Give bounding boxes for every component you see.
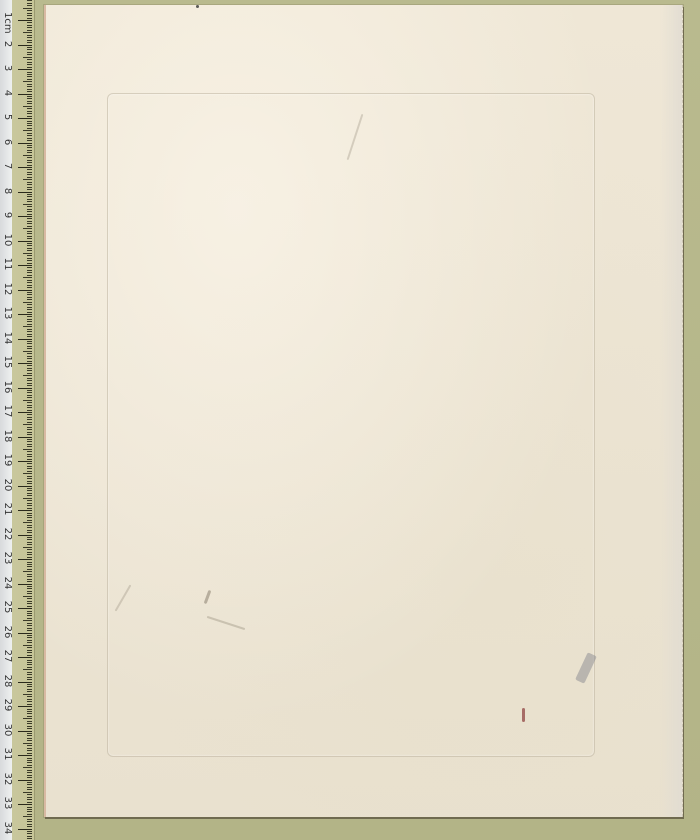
ruler-tick	[27, 662, 32, 663]
ruler-label: 11	[2, 257, 12, 271]
ruler-tick	[23, 816, 32, 817]
ruler-tick	[23, 277, 32, 278]
ruler-tick	[27, 307, 32, 308]
ruler-tick	[27, 353, 32, 354]
ruler-label: 28	[2, 674, 12, 688]
ruler-tick	[27, 824, 32, 825]
ruler-tick	[27, 618, 32, 619]
ruler-tick	[27, 263, 32, 264]
ruler-tick	[18, 167, 32, 168]
ruler-tick	[27, 321, 32, 322]
ruler-tick	[27, 505, 32, 506]
ruler-tick	[27, 74, 32, 75]
ruler-tick	[27, 652, 32, 653]
ruler-tick	[27, 392, 32, 393]
ruler-tick	[27, 775, 32, 776]
ruler-tick	[27, 762, 32, 763]
ruler-tick	[27, 385, 32, 386]
ruler-tick	[27, 679, 32, 680]
ruler-tick	[27, 664, 32, 665]
ruler-label: 20	[2, 478, 12, 492]
ruler-tick	[27, 270, 32, 271]
ruler-tick	[18, 804, 32, 805]
ruler-tick	[27, 569, 32, 570]
deckle-edge	[660, 5, 683, 817]
ruler-tick	[27, 196, 32, 197]
ruler-tick	[27, 826, 32, 827]
ruler-tick	[23, 694, 32, 695]
ruler-tick	[27, 495, 32, 496]
ruler-tick	[27, 709, 32, 710]
ruler-tick	[23, 130, 32, 131]
ruler-tick	[27, 753, 32, 754]
ruler-tick	[27, 373, 32, 374]
ruler-tick	[27, 471, 32, 472]
ruler-tick	[27, 62, 32, 63]
ruler-tick	[27, 740, 32, 741]
ruler-tick	[27, 615, 32, 616]
ruler-tick	[27, 27, 32, 28]
ruler-tick	[27, 819, 32, 820]
ruler-tick	[27, 187, 32, 188]
ruler-tick	[23, 57, 32, 58]
ruler-label: 5	[2, 110, 12, 124]
ruler-tick	[27, 574, 32, 575]
dust-spot	[196, 5, 199, 8]
ruler-tick	[27, 86, 32, 87]
ruler-tick	[27, 199, 32, 200]
ruler-tick	[23, 669, 32, 670]
ruler-tick	[27, 772, 32, 773]
ruler-tick	[27, 454, 32, 455]
ruler-tick	[27, 84, 32, 85]
ruler-tick	[27, 686, 32, 687]
ruler-tick	[27, 463, 32, 464]
ruler-tick	[23, 106, 32, 107]
foxing-spot	[522, 708, 525, 722]
ruler-tick	[18, 559, 32, 560]
ruler-tick	[27, 466, 32, 467]
ruler-tick	[27, 3, 32, 4]
ruler-tick	[27, 255, 32, 256]
ruler-tick	[27, 552, 32, 553]
ruler-tick	[27, 147, 32, 148]
ruler-tick	[27, 833, 32, 834]
ruler-tick	[18, 755, 32, 756]
ruler-tick	[27, 64, 32, 65]
ruler-tick	[27, 348, 32, 349]
ruler-tick	[27, 674, 32, 675]
ruler-tick	[27, 49, 32, 50]
ruler-tick	[27, 432, 32, 433]
paper-sheet	[44, 5, 683, 817]
ruler-tick	[27, 162, 32, 163]
ruler-tick	[27, 483, 32, 484]
ruler-tick	[27, 476, 32, 477]
ruler-tick	[27, 508, 32, 509]
ruler-tick	[27, 429, 32, 430]
ruler-tick	[27, 98, 32, 99]
ruler-tick	[27, 427, 32, 428]
ruler-tick	[18, 69, 32, 70]
ruler-label: 33	[2, 796, 12, 810]
ruler-tick	[27, 733, 32, 734]
ruler-tick	[27, 160, 32, 161]
ruler-tick	[27, 121, 32, 122]
ruler-tick	[27, 380, 32, 381]
ruler-tick	[27, 777, 32, 778]
ruler-tick	[27, 358, 32, 359]
ruler-tick	[27, 324, 32, 325]
ruler-tick	[27, 503, 32, 504]
ruler-tick	[27, 481, 32, 482]
ruler-tick	[27, 537, 32, 538]
ruler-tick	[27, 343, 32, 344]
ruler-tick	[27, 275, 32, 276]
ruler-tick	[27, 407, 32, 408]
ruler-label: 34	[2, 821, 12, 835]
ruler-tick	[27, 236, 32, 237]
ruler-tick	[27, 356, 32, 357]
ruler-tick	[27, 566, 32, 567]
ruler-tick	[27, 696, 32, 697]
ruler-tick	[27, 383, 32, 384]
ruler-tick	[27, 821, 32, 822]
ruler-tick	[23, 645, 32, 646]
ruler-tick	[27, 67, 32, 68]
ruler-tick	[23, 253, 32, 254]
ruler-tick	[27, 760, 32, 761]
ruler-tick	[27, 365, 32, 366]
plate-mark	[107, 93, 595, 757]
ruler-tick	[27, 625, 32, 626]
ruler-tick	[27, 451, 32, 452]
ruler-tick	[27, 135, 32, 136]
ruler-tick	[27, 745, 32, 746]
ruler-label: 2	[2, 37, 12, 51]
ruler-label: 14	[2, 331, 12, 345]
ruler-tick	[27, 125, 32, 126]
ruler-tick	[27, 691, 32, 692]
ruler-tick	[27, 145, 32, 146]
ruler-label: 10	[2, 233, 12, 247]
ruler-tick	[27, 794, 32, 795]
ruler-tick	[27, 684, 32, 685]
ruler-tick	[27, 515, 32, 516]
ruler-tick	[27, 312, 32, 313]
ruler-tick	[27, 838, 32, 839]
ruler-tick	[27, 42, 32, 43]
ruler-tick	[18, 94, 32, 95]
ruler-tick	[27, 588, 32, 589]
ruler-tick	[23, 204, 32, 205]
ruler-tick	[27, 341, 32, 342]
ruler-tick	[23, 522, 32, 523]
ruler-tick	[18, 706, 32, 707]
ruler-tick	[27, 650, 32, 651]
ruler-tick	[23, 767, 32, 768]
ruler-tick	[27, 361, 32, 362]
ruler-tick	[27, 59, 32, 60]
ruler-tick	[18, 45, 32, 46]
ruler-tick	[27, 280, 32, 281]
ruler-tick	[27, 603, 32, 604]
ruler-tick	[27, 177, 32, 178]
ruler-tick	[27, 111, 32, 112]
ruler-tick	[27, 267, 32, 268]
ruler-label: 22	[2, 527, 12, 541]
ruler-tick	[27, 172, 32, 173]
ruler-tick	[27, 231, 32, 232]
ruler-tick	[27, 579, 32, 580]
ruler-tick	[27, 716, 32, 717]
ruler-label: 30	[2, 723, 12, 737]
ruler-label: 17	[2, 404, 12, 418]
ruler-tick	[27, 765, 32, 766]
ruler-tick	[27, 586, 32, 587]
ruler-tick	[27, 478, 32, 479]
ruler-label: 1cm	[2, 12, 12, 26]
ruler-tick	[27, 103, 32, 104]
ruler-tick	[27, 91, 32, 92]
ruler-tick	[27, 150, 32, 151]
ruler-tick	[27, 194, 32, 195]
ruler-tick	[27, 37, 32, 38]
ruler-tick	[27, 182, 32, 183]
ruler-tick	[27, 831, 32, 832]
ruler-tick	[18, 241, 32, 242]
ruler-tick	[27, 544, 32, 545]
ruler-tick	[27, 319, 32, 320]
ruler-label: 32	[2, 772, 12, 786]
ruler-label: 12	[2, 282, 12, 296]
ruler-tick	[27, 642, 32, 643]
ruler-tick	[27, 439, 32, 440]
ruler-tick	[23, 375, 32, 376]
ruler-tick	[18, 216, 32, 217]
ruler-tick	[27, 811, 32, 812]
ruler-tick	[27, 598, 32, 599]
ruler-tick	[27, 116, 32, 117]
ruler-tick	[23, 718, 32, 719]
ruler-tick	[27, 35, 32, 36]
ruler-tick	[27, 628, 32, 629]
ruler-tick	[18, 461, 32, 462]
ruler-tick	[27, 500, 32, 501]
ruler-tick	[27, 417, 32, 418]
ruler-tick	[23, 228, 32, 229]
ruler-tick	[27, 22, 32, 23]
ruler-tick	[27, 758, 32, 759]
ruler-tick	[23, 424, 32, 425]
ruler-tick	[27, 272, 32, 273]
ruler-tick	[27, 564, 32, 565]
ruler-tick	[27, 414, 32, 415]
ruler-tick	[18, 535, 32, 536]
ruler-tick	[27, 397, 32, 398]
ruler-tick	[27, 549, 32, 550]
ruler-tick	[27, 140, 32, 141]
ruler-label: 24	[2, 576, 12, 590]
ruler-tick	[27, 201, 32, 202]
ruler-tick	[27, 468, 32, 469]
ruler-label: 4	[2, 86, 12, 100]
ruler-tick	[27, 316, 32, 317]
ruler-tick	[27, 701, 32, 702]
ruler-tick	[27, 214, 32, 215]
ruler-tick	[27, 206, 32, 207]
ruler-tick	[27, 209, 32, 210]
ruler-tick	[27, 52, 32, 53]
ruler-label: 13	[2, 306, 12, 320]
ruler-tick	[27, 184, 32, 185]
ruler-tick	[27, 169, 32, 170]
ruler-tick	[27, 630, 32, 631]
ruler-tick	[27, 292, 32, 293]
ruler-tick	[27, 640, 32, 641]
ruler-tick	[27, 410, 32, 411]
ruler-tick	[18, 192, 32, 193]
ruler-tick	[27, 660, 32, 661]
ruler-tick	[27, 554, 32, 555]
ruler-tick	[23, 400, 32, 401]
ruler-tick	[27, 157, 32, 158]
ruler-tick	[27, 677, 32, 678]
ruler-tick	[18, 265, 32, 266]
ruler-tick	[27, 750, 32, 751]
ruler-tick	[27, 635, 32, 636]
ruler-tick	[18, 608, 32, 609]
ruler-label: 15	[2, 355, 12, 369]
ruler-tick	[23, 81, 32, 82]
ruler-tick	[27, 334, 32, 335]
ruler-tick	[27, 96, 32, 97]
ruler-tick	[18, 412, 32, 413]
ruler-tick	[27, 562, 32, 563]
ruler-tick	[27, 165, 32, 166]
ruler-label: 3	[2, 61, 12, 75]
ruler-tick	[27, 488, 32, 489]
ruler-tick	[27, 527, 32, 528]
ruler-tick	[27, 623, 32, 624]
ruler-label: 8	[2, 184, 12, 198]
ruler-tick	[27, 647, 32, 648]
ruler-tick	[27, 245, 32, 246]
ruler-tick	[27, 655, 32, 656]
ruler-tick	[27, 738, 32, 739]
ruler-tick	[18, 437, 32, 438]
ruler-label: 26	[2, 625, 12, 639]
ruler-tick	[27, 807, 32, 808]
ruler-tick	[27, 101, 32, 102]
ruler-tick	[18, 486, 32, 487]
ruler-tick	[23, 743, 32, 744]
ruler-tick	[27, 704, 32, 705]
ruler-tick	[27, 113, 32, 114]
ruler-tick	[27, 133, 32, 134]
ruler-tick	[27, 441, 32, 442]
ruler-tick	[27, 287, 32, 288]
ruler-tick	[27, 405, 32, 406]
ruler-tick	[27, 285, 32, 286]
ruler-tick	[23, 473, 32, 474]
ruler-tick	[27, 419, 32, 420]
ruler-tick	[27, 108, 32, 109]
ruler-tick	[27, 15, 32, 16]
ruler-tick	[27, 789, 32, 790]
ruler-tick	[27, 47, 32, 48]
ruler-tick	[27, 711, 32, 712]
ruler-tick	[27, 713, 32, 714]
ruler-label-strip	[0, 0, 12, 840]
ruler-tick	[27, 539, 32, 540]
ruler-tick	[27, 226, 32, 227]
ruler-tick	[27, 10, 32, 11]
ruler-label: 6	[2, 135, 12, 149]
ruler-tick	[27, 456, 32, 457]
ruler-label: 23	[2, 551, 12, 565]
ruler-tick	[27, 787, 32, 788]
ruler-label: 31	[2, 747, 12, 761]
ruler-tick	[23, 179, 32, 180]
ruler-tick	[23, 155, 32, 156]
ruler-tick	[27, 493, 32, 494]
ruler-tick	[18, 682, 32, 683]
ruler-tick	[23, 32, 32, 33]
ruler-tick	[27, 76, 32, 77]
ruler-tick	[27, 128, 32, 129]
ruler-tick	[27, 299, 32, 300]
ruler-tick	[27, 606, 32, 607]
ruler-tick	[27, 542, 32, 543]
ruler-tick	[27, 152, 32, 153]
ruler-tick	[27, 667, 32, 668]
ruler-tick	[27, 243, 32, 244]
ruler-tick	[18, 339, 32, 340]
ruler-tick	[23, 351, 32, 352]
ruler-tick	[23, 326, 32, 327]
ruler-tick	[27, 304, 32, 305]
ruler-label: 16	[2, 380, 12, 394]
ruler-tick	[27, 174, 32, 175]
ruler-tick	[27, 809, 32, 810]
ruler-tick	[27, 248, 32, 249]
ruler-tick	[27, 258, 32, 259]
ruler-label: 27	[2, 649, 12, 663]
ruler-tick	[27, 782, 32, 783]
ruler-tick	[27, 30, 32, 31]
ruler-tick	[27, 723, 32, 724]
ruler-tick	[27, 490, 32, 491]
ruler-label: 19	[2, 453, 12, 467]
ruler-tick	[18, 633, 32, 634]
ruler-tick	[27, 309, 32, 310]
ruler-tick	[27, 395, 32, 396]
ruler-tick	[27, 331, 32, 332]
ruler-tick	[18, 584, 32, 585]
ruler-label: 21	[2, 502, 12, 516]
ruler-label: 18	[2, 429, 12, 443]
ruler-tick	[27, 329, 32, 330]
ruler-tick	[27, 18, 32, 19]
ruler-tick	[27, 532, 32, 533]
ruler-tick	[27, 748, 32, 749]
ruler-tick	[27, 581, 32, 582]
ruler-tick	[27, 699, 32, 700]
ruler-tick	[27, 637, 32, 638]
ruler-tick	[18, 290, 32, 291]
ruler-tick	[23, 8, 32, 9]
